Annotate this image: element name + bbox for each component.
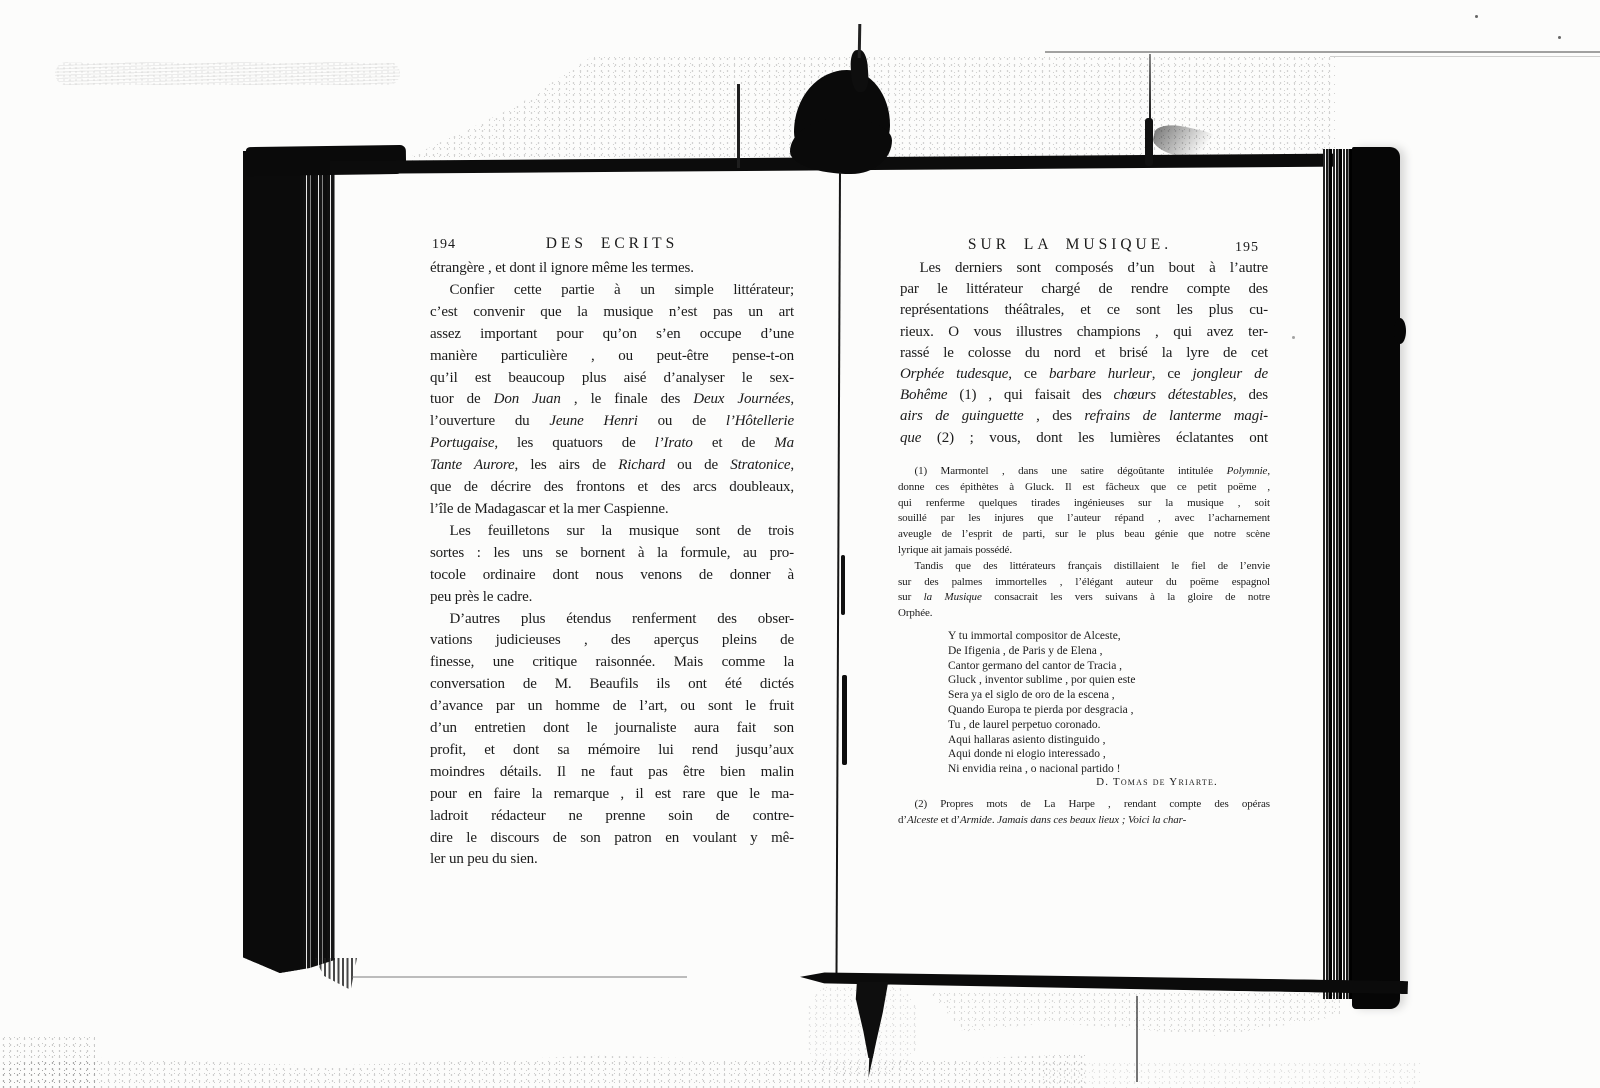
- text-line: l’ouverture du Jeune Henri ou de l’Hôtel…: [430, 411, 794, 433]
- text-line: lyrique ait jamais possédé.: [898, 543, 1270, 559]
- text-line: ler un peu du sien.: [430, 849, 794, 871]
- scan-speckle-bottom-band-2: [1040, 1062, 1420, 1088]
- scan-dot: [1558, 36, 1561, 39]
- fore-edge-left-streaks-bottom: [315, 958, 357, 990]
- text-line: par le littérateur chargé de rendre comp…: [900, 279, 1268, 300]
- text-line: d’un entretien dont le journaliste aura …: [430, 718, 794, 740]
- text-line: Ni envidia reina , o nacional partido !: [948, 762, 1248, 777]
- text-line: Gluck , inventor sublime , por quien est…: [948, 673, 1248, 688]
- text-line: sur des palmes immortelles , l’élégant a…: [898, 575, 1270, 591]
- text-line: dire le discours de son patron en voulan…: [430, 828, 794, 850]
- ink-line-left-of-spine: [737, 84, 740, 168]
- fore-edge-right-bump: [1394, 318, 1406, 344]
- text-line: que de décrire des frontons et des arcs …: [430, 477, 794, 499]
- text-line: l’île de Madagascar et la mer Caspienne.: [430, 499, 794, 521]
- text-line: d’avance par un homme de l’art, ou sont …: [430, 696, 794, 718]
- book-fore-edge-left: [243, 151, 335, 973]
- scan-speckle-bottom-band: [0, 1054, 1085, 1088]
- scan-hairline-top: [1045, 51, 1600, 53]
- text-line: rieux. O vous illustres champions , qui …: [900, 322, 1268, 343]
- text-line: sortes : les uns se bornent à la formule…: [430, 543, 794, 565]
- text-line: Portugaise, les quatuors de l’Irato et d…: [430, 433, 794, 455]
- text-line: De Ifigenia , de Paris y de Elena ,: [948, 644, 1248, 659]
- text-line: donne ces épithètes à Gluck. Il est fâch…: [898, 480, 1270, 496]
- text-line: assez important pour qu’on s’en occupe d…: [430, 324, 794, 346]
- scan-hairline-top-2: [1330, 56, 1600, 57]
- text-line: ladroit rédacteur ne prenne soin de cont…: [430, 806, 794, 828]
- text-line: Tandis que des littérateurs français dis…: [898, 559, 1270, 575]
- scan-line-under-left-band: [352, 976, 687, 978]
- scan-dot: [1475, 15, 1478, 18]
- text-line: d’Alceste et d’Armide. Jamais dans ces b…: [898, 813, 1270, 829]
- text-line: Tante Aurore, les airs de Richard ou de …: [430, 455, 794, 477]
- book-fore-edge-right-streaks: [1322, 149, 1354, 999]
- text-line: Sera ya el siglo de oro de la escena ,: [948, 688, 1248, 703]
- book-fore-edge-right: [1352, 147, 1400, 1009]
- text-line: Quando Europa te pierda por desgracia ,: [948, 703, 1248, 718]
- text-line: tocole ordinaire dont nous venons de don…: [430, 565, 794, 587]
- text-line: Tu , de laurel perpetuo coronado.: [948, 718, 1248, 733]
- text-line: (2) Propres mots de La Harpe , rendant c…: [898, 797, 1270, 813]
- text-line: qu’il est beaucoup plus aisé d’analyser …: [430, 368, 794, 390]
- text-line: Aqui donde ni elogio interessado ,: [948, 747, 1248, 762]
- text-line: conversation de M. Beaufils ils ont été …: [430, 674, 794, 696]
- text-line: Cantor germano del cantor de Tracia ,: [948, 659, 1248, 674]
- spine-ink-blob-lower: [790, 118, 892, 174]
- text-line: c’est convenir que la musique n’est pas …: [430, 302, 794, 324]
- text-line: Confier cette partie à un simple littéra…: [430, 280, 794, 302]
- text-line: D’autres plus étendus renferment des obs…: [430, 609, 794, 631]
- footnote-2: (2) Propres mots de La Harpe , rendant c…: [898, 797, 1270, 829]
- text-line: Bohême (1) , qui faisait des chœurs déte…: [900, 385, 1268, 406]
- text-line: pour en faire la remarque , il est rare …: [430, 784, 794, 806]
- text-line: manière particulière , ou peut-être pens…: [430, 346, 794, 368]
- text-line: rassé le colosse du nord et brisé la lyr…: [900, 343, 1268, 364]
- verse-attribution: D. Tomas de Yriarte.: [900, 776, 1218, 788]
- right-page-text: Les derniers sont composés d’un bout à l…: [900, 258, 1268, 449]
- text-line: souillé par les injures que l’auteur rép…: [898, 511, 1270, 527]
- text-line: airs de guinguette , des refrains de lan…: [900, 406, 1268, 427]
- text-line: Les feuilletons sur la musique sont de t…: [430, 521, 794, 543]
- text-line: tuor de Don Juan , le finale des Deux Jo…: [430, 389, 794, 411]
- gutter-line-thick-segment-2: [842, 675, 847, 765]
- text-line: sur la Musique consacrait les vers suiva…: [898, 590, 1270, 606]
- text-line: Y tu immortal compositor de Alceste,: [948, 629, 1248, 644]
- text-line: que (2) ; vous, dont les lumières éclata…: [900, 428, 1268, 449]
- text-line: Orphée tudesque, ce barbare hurleur, ce …: [900, 364, 1268, 385]
- text-line: étrangère , et dont il ignore même les t…: [430, 258, 794, 280]
- text-line: représentations théâtrales, et ce sont l…: [900, 300, 1268, 321]
- smudge-under-bottom-bar: [930, 992, 1340, 1036]
- text-line: vations judicieuses , des aperçus pleins…: [430, 630, 794, 652]
- scan-dot: [1292, 336, 1295, 339]
- text-line: qui renferme quelques tirades ingénieuse…: [898, 496, 1270, 512]
- text-line: profit, et dont sa mémoire lui rend jusq…: [430, 740, 794, 762]
- scanned-book-spread: 194 DES ECRITS étrangère , et dont il ig…: [0, 0, 1600, 1088]
- text-line: Aqui hallaras asiento distinguido ,: [948, 733, 1248, 748]
- text-line: Orphée.: [898, 606, 1270, 622]
- footnote-1: (1) Marmontel , dans une satire dégoûtan…: [898, 464, 1270, 622]
- text-line: peu près le cadre.: [430, 587, 794, 609]
- scan-smear-top-left: [55, 62, 400, 85]
- ink-line-right-foot: [1145, 118, 1153, 166]
- text-line: finesse, une critique raisonnée. Mais co…: [430, 652, 794, 674]
- running-header-right: SUR LA MUSIQUE.: [900, 236, 1240, 254]
- running-header-left: DES ECRITS: [430, 235, 794, 253]
- text-line: moindres détails. Il ne faut pas être bi…: [430, 762, 794, 784]
- gutter-line-thick-segment: [841, 555, 845, 615]
- page-number-right: 195: [1235, 240, 1259, 256]
- scan-speckle-bottom-left: [0, 1036, 95, 1088]
- left-page-text: étrangère , et dont il ignore même les t…: [430, 258, 794, 871]
- verse-block: Y tu immortal compositor de Alceste,De I…: [948, 629, 1248, 777]
- text-line: Les derniers sont composés d’un bout à l…: [900, 258, 1268, 279]
- text-line: aveugle de l’esprit de parti, sur le plu…: [898, 527, 1270, 543]
- text-line: (1) Marmontel , dans une satire dégoûtan…: [898, 464, 1270, 480]
